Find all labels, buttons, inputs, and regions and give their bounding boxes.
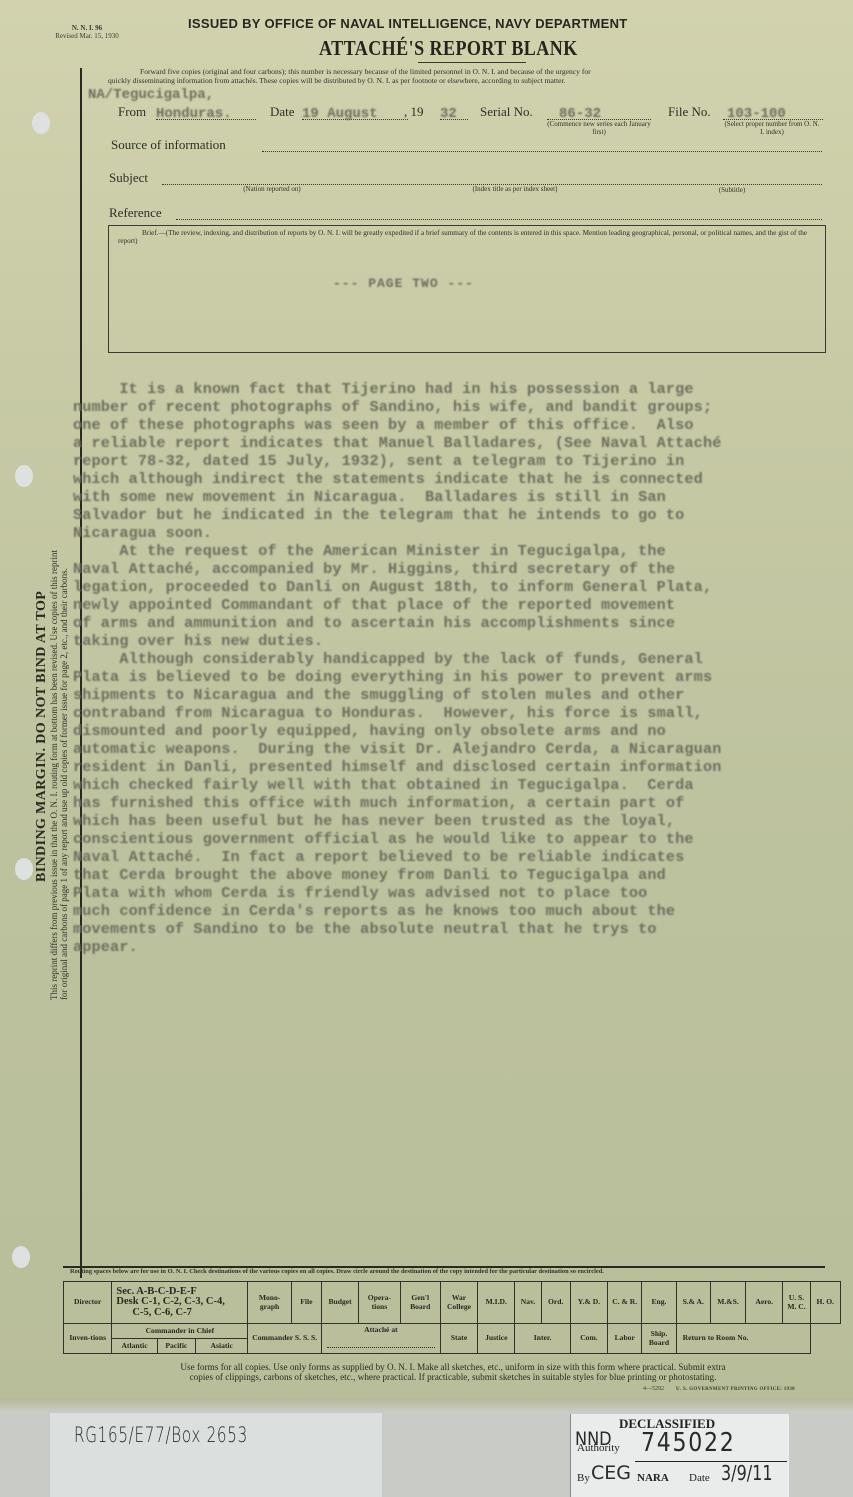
routing-row-2a: Inven-tions Commander in Chief Commander… [64, 1324, 841, 1339]
subject-note-index: (Index title as per index sheet) [440, 186, 590, 194]
body-line: Nicaragua soon. [73, 524, 853, 542]
body-line: that Cerda brought the above money from … [73, 866, 853, 884]
by-label: By [577, 1472, 590, 1484]
routing-attache-at[interactable]: Attaché at [321, 1324, 440, 1354]
routing-atlantic[interactable]: Atlantic [112, 1339, 157, 1354]
body-line: appear. [73, 938, 853, 956]
body-line: report 78-32, dated 15 July, 1932), sent… [73, 452, 853, 470]
year-field[interactable]: 32 [440, 104, 468, 120]
stamp-date-value: 3/9/11 [721, 1461, 773, 1485]
body-line: Naval Attaché. In fact a report believed… [73, 848, 853, 866]
binding-margin-heading: BINDING MARGIN. DO NOT BIND AT TOP [34, 550, 50, 882]
routing-eng[interactable]: Eng. [642, 1282, 676, 1324]
body-line: movements of Sandino to be the absolute … [73, 920, 853, 938]
routing-inventions[interactable]: Inven-tions [64, 1324, 112, 1354]
routing-monograph[interactable]: Mono-graph [248, 1282, 291, 1324]
body-line: taking over his new duties. [73, 632, 853, 650]
brief-instructions: Brief.—(The review, indexing, and distri… [118, 229, 818, 245]
body-line: number of recent photographs of Sandino,… [73, 398, 853, 416]
routing-sa[interactable]: S.& A. [676, 1282, 710, 1324]
body-line: much confidence in Cerda's reports as he… [73, 902, 853, 920]
body-line: resident in Danli, presented himself and… [73, 758, 853, 776]
issuing-office: ISSUED BY OFFICE OF NAVAL INTELLIGENCE, … [188, 16, 828, 31]
body-line: Naval Attaché, accompanied by Mr. Higgin… [73, 560, 853, 578]
routing-sections[interactable]: Sec. A-B-C-D-E-F Desk C-1, C-2, C-3, C-4… [112, 1282, 248, 1324]
file-label: File No. [668, 104, 711, 120]
declassified-stamp: DECLASSIFIED NND Authority 745022 By CEG… [570, 1414, 789, 1497]
routing-ord[interactable]: Ord. [541, 1282, 570, 1324]
by-value: CEG [591, 1462, 631, 1484]
serial-note: (Commence new series each January first) [546, 121, 652, 136]
body-line: Salvador but he indicated in the telegra… [73, 506, 853, 524]
routing-row-1: Director Sec. A-B-C-D-E-F Desk C-1, C-2,… [64, 1282, 841, 1324]
routing-asiatic[interactable]: Asiatic [195, 1339, 247, 1354]
body-line: Plata is believed to be doing everything… [73, 668, 853, 686]
routing-nav[interactable]: Nav. [515, 1282, 541, 1324]
subject-note-subtitle: (Subtitle) [700, 187, 764, 195]
routing-inter[interactable]: Inter. [515, 1324, 570, 1354]
routing-budget[interactable]: Budget [321, 1282, 358, 1324]
authority-value: 745022 [641, 1428, 736, 1458]
routing-usmc[interactable]: U. S. M. C. [783, 1282, 810, 1324]
form-title: ATTACHÉ'S REPORT BLANK [300, 36, 597, 61]
gpo-imprint: U. S. GOVERNMENT PRINTING OFFICE: 1930 [676, 1387, 795, 1392]
authority-label: Authority [577, 1442, 620, 1454]
body-line: newly appointed Commandant of that place… [73, 596, 853, 614]
form-number: N. N. I. 96 [52, 24, 122, 32]
punch-hole [15, 858, 33, 880]
punch-hole [15, 465, 33, 487]
stamp-date-label: Date [689, 1472, 710, 1484]
subject-note-nation: (Nation reported on) [222, 186, 322, 194]
body-line: Plata with whom Cerda is friendly was ad… [73, 884, 853, 902]
body-line: conscientious government official as he … [73, 830, 853, 848]
routing-genl-board[interactable]: Gen'l Board [400, 1282, 440, 1324]
body-line: of arms and ammunition and to ascertain … [73, 614, 853, 632]
body-line: legation, proceeded to Danli on August 1… [73, 578, 853, 596]
body-line: which although indirect the statements i… [73, 470, 853, 488]
routing-director[interactable]: Director [64, 1282, 112, 1324]
year-prefix: , 19 [404, 104, 424, 120]
routing-com[interactable]: Com. [570, 1324, 607, 1354]
file-note: (Select proper number from O. N. I. inde… [722, 121, 822, 136]
routing-commander-sss[interactable]: Commander S. S. S. [248, 1324, 322, 1354]
punch-hole [12, 1246, 30, 1268]
body-line: with some new movement in Nicaragua. Bal… [73, 488, 853, 506]
body-line: At the request of the American Minister … [73, 542, 853, 560]
body-line: Although considerably handicapped by the… [73, 650, 853, 668]
archive-label-card: RG165/E77/Box 2653 [50, 1413, 382, 1497]
reference-label: Reference [109, 205, 162, 221]
routing-table: Director Sec. A-B-C-D-E-F Desk C-1, C-2,… [63, 1281, 841, 1354]
routing-labor[interactable]: Labor [608, 1324, 642, 1354]
routing-justice[interactable]: Justice [478, 1324, 515, 1354]
from-value: Honduras. [156, 106, 232, 122]
body-line: It is a known fact that Tijerino had in … [73, 380, 853, 398]
binding-margin-note-2: for original and carbons of page 1 of an… [60, 550, 70, 1000]
punch-hole [32, 112, 50, 134]
use-forms-note: Use forms for all copies. Use only forms… [63, 1362, 843, 1382]
body-line: automatic weapons. During the visit Dr. … [73, 740, 853, 758]
body-line: contraband from Nicaragua to Honduras. H… [73, 704, 853, 722]
date-field[interactable]: 19 August [302, 104, 408, 120]
routing-pacific[interactable]: Pacific [157, 1339, 195, 1354]
routing-note: Routing spaces below are for use in O. N… [70, 1268, 830, 1275]
brief-content: --- PAGE TWO --- [333, 276, 474, 291]
routing-ship-board[interactable]: Ship. Board [642, 1324, 676, 1354]
body-line: shipments to Nicaragua and the smuggling… [73, 686, 853, 704]
routing-ho[interactable]: H. O. [810, 1282, 840, 1324]
subject-label: Subject [109, 170, 148, 186]
file-field[interactable]: 103-100 [723, 104, 823, 120]
forward-instructions: Forward five copies (original and four c… [108, 68, 828, 85]
serial-field[interactable]: 86-32 [547, 104, 651, 120]
page-shadow [0, 1398, 853, 1412]
from-field[interactable]: Honduras. [156, 104, 256, 120]
revised-date: Revised Mar. 15, 1930 [52, 32, 122, 40]
routing-cr[interactable]: C. & R. [608, 1282, 642, 1324]
routing-war-college[interactable]: War College [440, 1282, 477, 1324]
title-underline [418, 62, 526, 63]
year-value: 32 [440, 106, 457, 122]
binding-margin-notice: BINDING MARGIN. DO NOT BIND AT TOP This … [34, 550, 69, 1000]
station-value: NA/Tegucigalpa, [88, 87, 214, 103]
body-line: has furnished this office with much info… [73, 794, 853, 812]
routing-operations[interactable]: Opera-tions [359, 1282, 400, 1324]
source-label: Source of information [111, 137, 226, 153]
routing-yd[interactable]: Y.& D. [570, 1282, 607, 1324]
subject-field[interactable] [162, 171, 822, 185]
source-field[interactable] [262, 138, 822, 152]
serial-label: Serial No. [480, 104, 533, 120]
routing-return-to[interactable]: Return to Room No. [676, 1324, 810, 1354]
nara-label: NARA [637, 1472, 669, 1484]
date-value: 19 August [302, 106, 378, 122]
print-code: 4—5292 [643, 1386, 664, 1392]
body-line: which has been useful but he has never b… [73, 812, 853, 830]
from-label: From [118, 104, 146, 120]
body-line: one of these photographs was seen by a m… [73, 416, 853, 434]
routing-aero[interactable]: Aero. [746, 1282, 783, 1324]
form-number-block: N. N. I. 96 Revised Mar. 15, 1930 [52, 24, 122, 40]
report-body: It is a known fact that Tijerino had in … [73, 380, 853, 956]
body-line: dismounted and poorly equipped, having o… [73, 722, 853, 740]
routing-mid[interactable]: M.I.D. [478, 1282, 515, 1324]
routing-file[interactable]: File [291, 1282, 321, 1324]
reference-field[interactable] [176, 206, 822, 220]
routing-cinc: Commander in Chief [112, 1324, 248, 1339]
body-line: a reliable report indicates that Manuel … [73, 434, 853, 452]
date-label: Date [270, 104, 295, 120]
routing-state[interactable]: State [440, 1324, 477, 1354]
archive-label-text: RG165/E77/Box 2653 [74, 1423, 248, 1447]
routing-ms[interactable]: M.&S. [710, 1282, 745, 1324]
body-line: which checked fairly well with that obta… [73, 776, 853, 794]
